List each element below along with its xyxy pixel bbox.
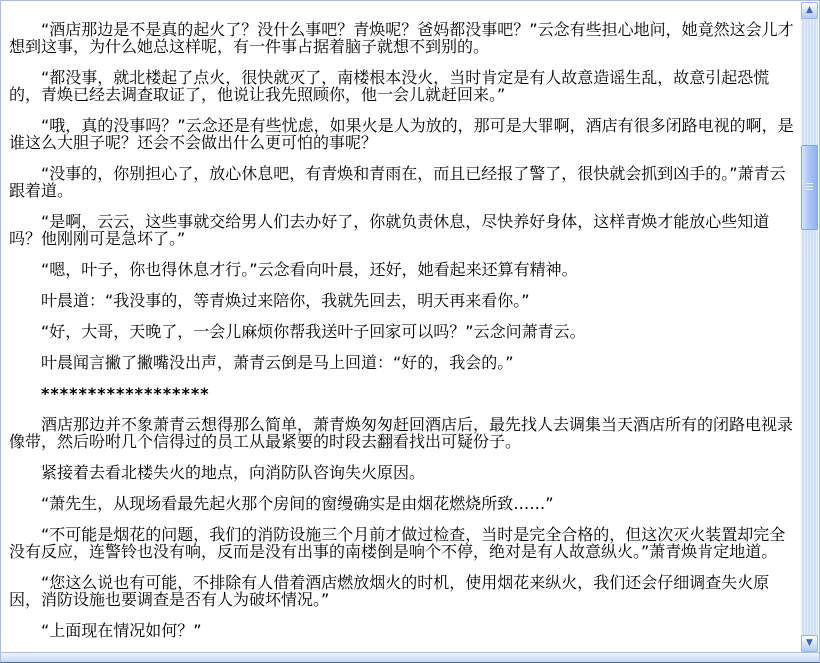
document-window: “酒店那边是不是真的起火了？没什么事吧？青焕呢？爸妈都没事吧？”云念有些担心地问… [0, 0, 820, 663]
scrollbar-thumb[interactable] [801, 145, 818, 230]
scroll-down-button[interactable]: ▼ [801, 635, 818, 652]
up-arrow-icon: ▲ [806, 6, 813, 15]
scroll-up-button[interactable]: ▲ [801, 2, 818, 19]
scrollbar-track[interactable] [801, 19, 818, 635]
thumb-grip-icon [806, 183, 813, 192]
paragraph: 酒店那边并不象萧青云想得那么简单，萧青焕匆匆赶回酒店后，最先找人去调集当天酒店所… [9, 416, 795, 450]
paragraph: 紧接着去看北楼失火的地点，向消防队咨询失火原因。 [9, 464, 795, 481]
paragraph: “不可能是烟花的问题，我们的消防设施三个月前才做过检查，当时是完全合格的，但这次… [9, 526, 795, 560]
section-separator: ****************** [9, 385, 795, 402]
paragraph: “都没事，就北楼起了点火，很快就灭了，南楼根本没火，当时肯定是有人故意造谣生乱，… [9, 69, 795, 103]
paragraph: “没事的，你别担心了，放心休息吧，有青焕和青雨在，而且已经报了警了，很快就会抓到… [9, 165, 795, 199]
down-arrow-icon: ▼ [806, 639, 813, 648]
paragraph: 叶晨道：“我没事的，等青焕过来陪你，我就先回去，明天再来看你。” [9, 292, 795, 309]
vertical-scrollbar[interactable]: ▲ ▼ [801, 2, 818, 652]
paragraph: “萧先生，从现场看最先起火那个房间的窗缦确实是由烟花燃烧所致……” [9, 495, 795, 512]
paragraph: “您这么说也有可能，不排除有人借着酒店燃放烟火的时机，使用烟花来纵火，我们还会仔… [9, 574, 795, 608]
paragraph: “是啊，云云，这些事就交给男人们去办好了，你就负责休息，尽快养好身体，这样青焕才… [9, 213, 795, 247]
paragraph: “酒店那边是不是真的起火了？没什么事吧？青焕呢？爸妈都没事吧？”云念有些担心地问… [9, 21, 795, 55]
paragraph: “嗯，叶子，你也得休息才行。”云念看向叶晨，还好，她看起来还算有精神。 [9, 261, 795, 278]
paragraph: 叶晨闻言撇了撇嘴没出声，萧青云倒是马上回道：“好的，我会的。” [9, 354, 795, 371]
story-text-area: “酒店那边是不是真的起火了？没什么事吧？青焕呢？爸妈都没事吧？”云念有些担心地问… [3, 1, 797, 650]
horizontal-scrollbar-track[interactable] [1, 652, 819, 662]
paragraph: “上面现在情况如何？” [9, 622, 795, 639]
paragraph: “好，大哥，天晚了，一会儿麻烦你帮我送叶子回家可以吗？”云念问萧青云。 [9, 323, 795, 340]
paragraph: “哦，真的没事吗？”云念还是有些忧虑，如果火是人为放的，那可是大罪啊，酒店有很多… [9, 117, 795, 151]
